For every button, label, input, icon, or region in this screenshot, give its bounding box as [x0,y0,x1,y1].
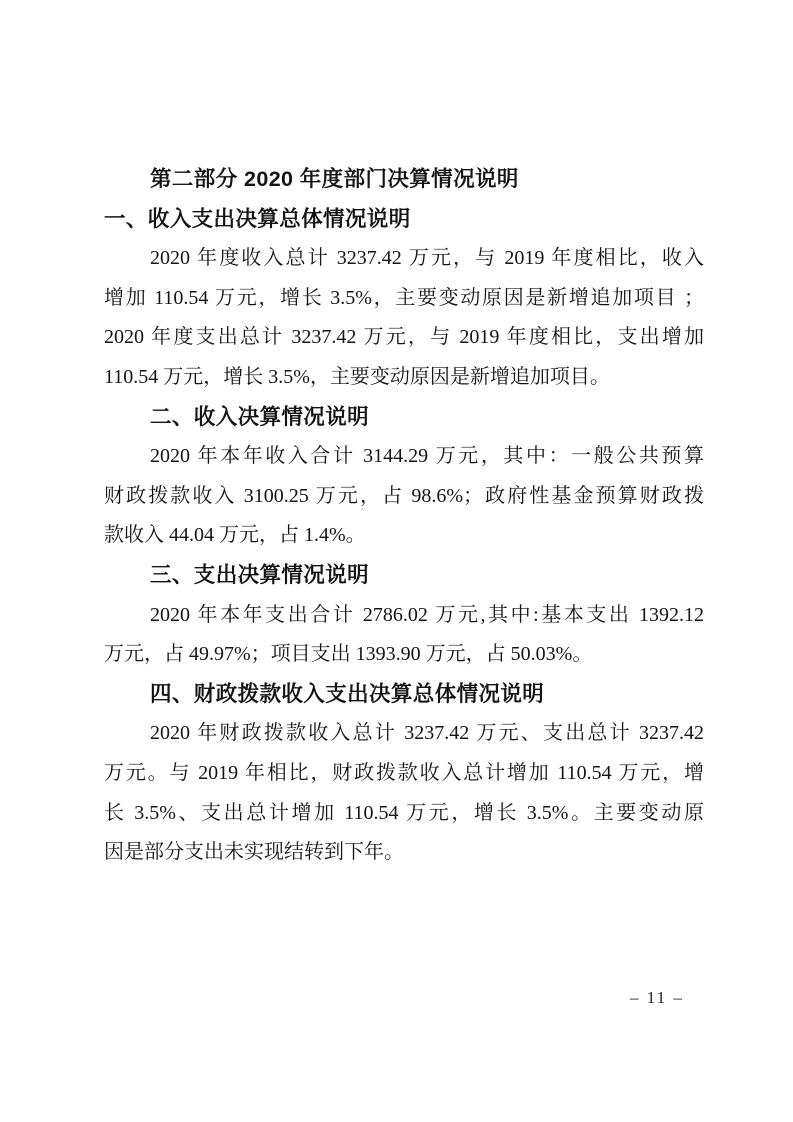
section-3-heading: 三、支出决算情况说明 [104,556,704,596]
paragraph-line: 财政拨款收入 3100.25 万元，占 98.6%；政府性基金预算财政拨 [104,477,704,517]
section-1-heading: 一、收入支出决算总体情况说明 [104,200,704,240]
text-block: 第二部分 2020 年度部门决算情况说明 一、收入支出决算总体情况说明 2020… [104,160,704,873]
paragraph-line: 2020 年度支出总计 3237.42 万元，与 2019 年度相比，支出增加 [104,318,704,358]
page-title: 第二部分 2020 年度部门决算情况说明 [104,160,704,200]
paragraph-line: 2020 年本年支出合计 2786.02 万元,其中:基本支出 1392.12 [104,596,704,636]
section-2-heading: 二、收入决算情况说明 [104,398,704,438]
paragraph-line: 2020 年度收入总计 3237.42 万元，与 2019 年度相比，收入 [104,239,704,279]
paragraph-line: 增加 110.54 万元，增长 3.5%，主要变动原因是新增追加项目 ； [104,279,704,319]
document-page: 第二部分 2020 年度部门决算情况说明 一、收入支出决算总体情况说明 2020… [0,0,793,1122]
paragraph-line: 110.54 万元，增长 3.5%，主要变动原因是新增追加项目。 [104,358,704,398]
paragraph-line: 2020 年本年收入合计 3144.29 万元，其中：一般公共预算 [104,437,704,477]
page-number: – 11 – [630,988,684,1008]
paragraph-line: 长 3.5%、支出总计增加 110.54 万元，增长 3.5%。主要变动原 [104,794,704,834]
paragraph-line: 万元。与 2019 年相比，财政拨款收入总计增加 110.54 万元，增 [104,754,704,794]
paragraph-line: 2020 年财政拨款收入总计 3237.42 万元、支出总计 3237.42 [104,714,704,754]
paragraph-line: 万元，占 49.97%；项目支出 1393.90 万元，占 50.03%。 [104,635,704,675]
paragraph-line: 款收入 44.04 万元，占 1.4%。 [104,516,704,556]
section-4-heading: 四、财政拨款收入支出决算总体情况说明 [104,675,704,715]
paragraph-line: 因是部分支出未实现结转到下年。 [104,833,704,873]
